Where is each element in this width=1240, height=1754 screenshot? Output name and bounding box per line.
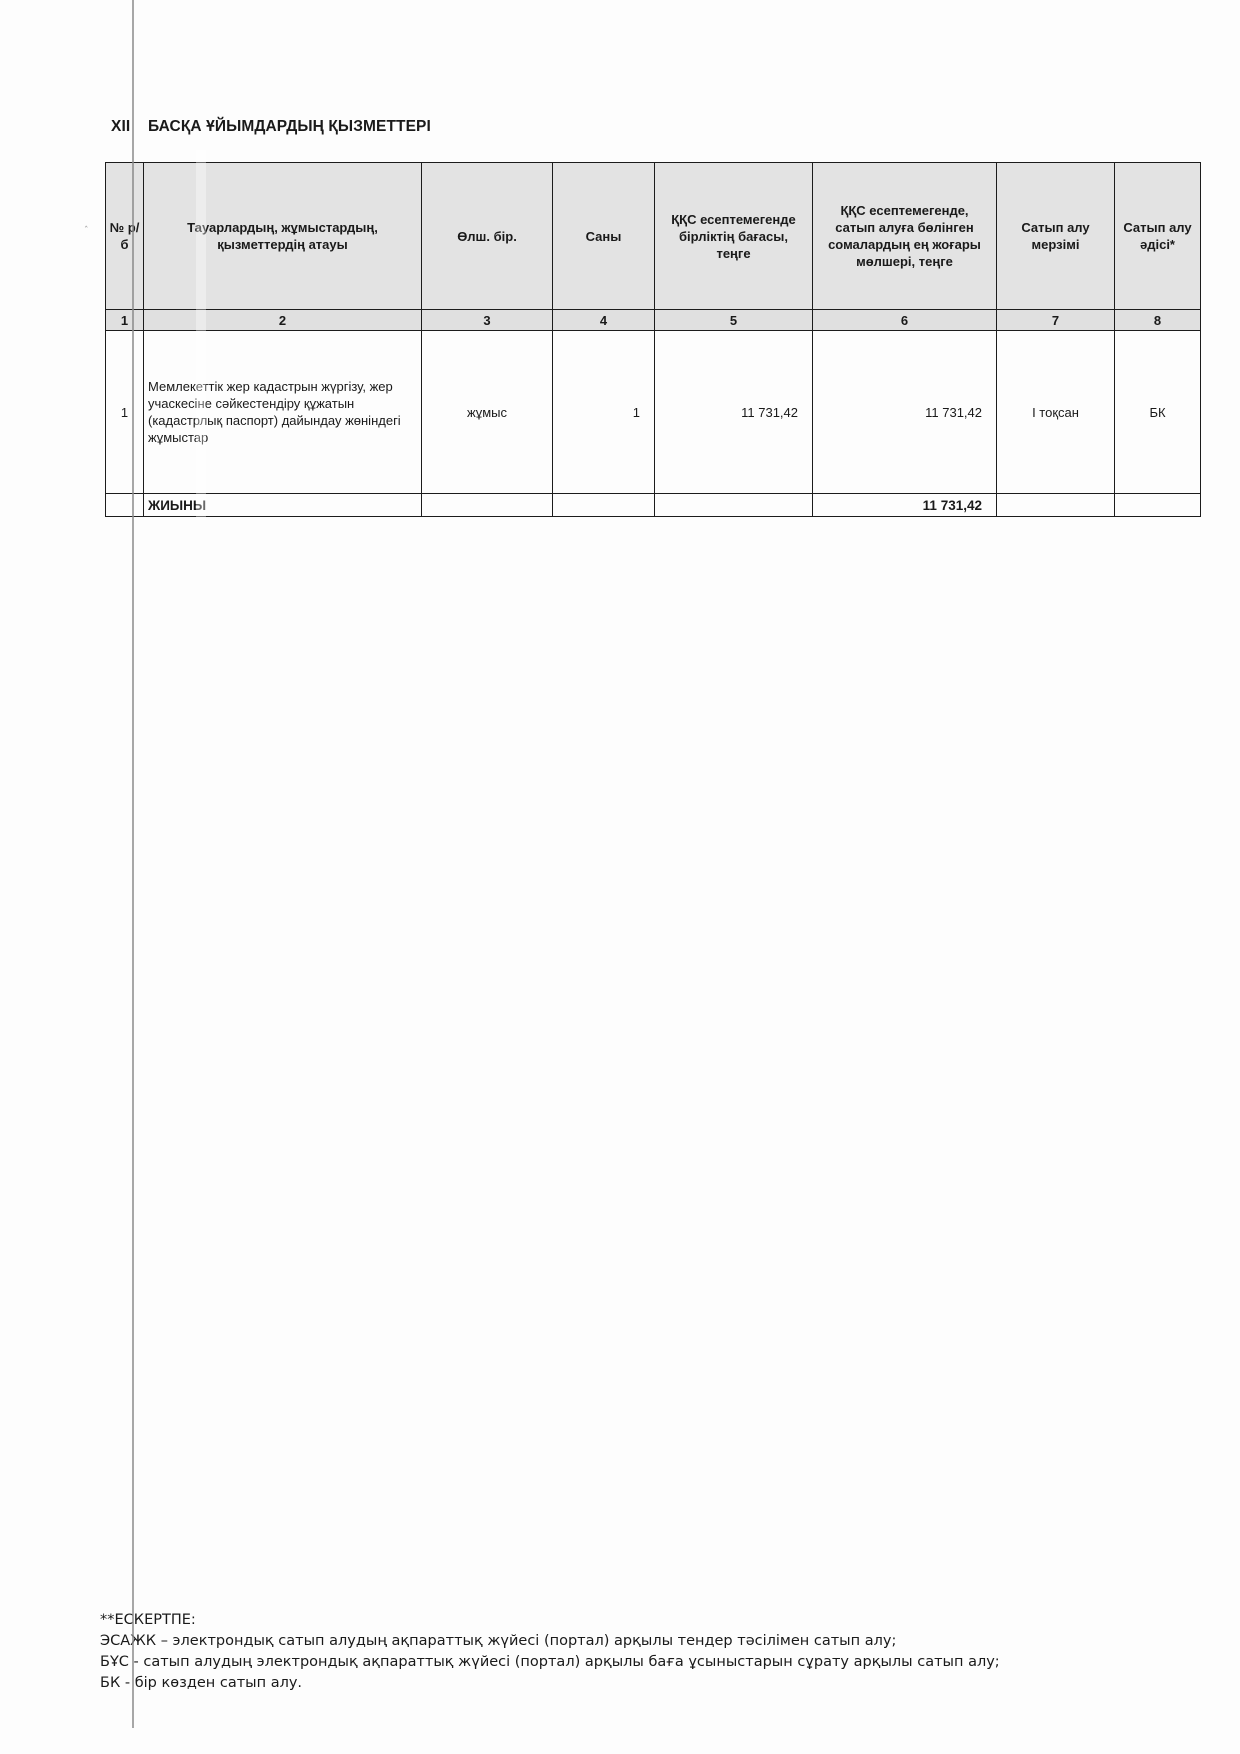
col-num-1: 1 xyxy=(106,310,144,331)
col-num-2: 2 xyxy=(144,310,422,331)
notes-heading: **ЕСКЕРТПЕ: xyxy=(100,1610,1000,1631)
header-unit: Өлш. бір. xyxy=(422,163,553,310)
row-unit: жұмыс xyxy=(422,331,553,494)
total-empty-7 xyxy=(997,494,1115,517)
note-line-esazhk: ЭСАЖК – электрондық сатып алудың ақпарат… xyxy=(100,1631,1000,1652)
table-row: 1 Мемлекеттік жер кадастрын жүргізу, жер… xyxy=(106,331,1201,494)
section-title: БАСҚА ҰЙЫМДАРДЫҢ ҚЫЗМЕТТЕРІ xyxy=(148,118,431,135)
note-line-bus: БҰС - сатып алудың электрондық ақпаратты… xyxy=(100,1652,1000,1673)
note-line-bk: БК - бір көзден сатып алу. xyxy=(100,1673,1000,1694)
column-number-row: 1 2 3 4 5 6 7 8 xyxy=(106,310,1201,331)
document-page: ˆ XIIБАСҚА ҰЙЫМДАРДЫҢ ҚЫЗМЕТТЕРІ № р/б Т… xyxy=(0,0,1240,1754)
total-row: ЖИЫНЫ 11 731,42 xyxy=(106,494,1201,517)
total-empty-1 xyxy=(106,494,144,517)
total-empty-8 xyxy=(1115,494,1201,517)
col-num-5: 5 xyxy=(655,310,813,331)
notes-block: **ЕСКЕРТПЕ: ЭСАЖК – электрондық сатып ал… xyxy=(100,1610,1000,1694)
header-row: № р/б Тауарлардың, жұмыстардың, қызметте… xyxy=(106,163,1201,310)
section-heading: XIIБАСҚА ҰЙЫМДАРДЫҢ ҚЫЗМЕТТЕРІ xyxy=(111,118,431,136)
header-no: № р/б xyxy=(106,163,144,310)
total-empty-4 xyxy=(553,494,655,517)
col-num-7: 7 xyxy=(997,310,1115,331)
col-num-6: 6 xyxy=(813,310,997,331)
row-no: 1 xyxy=(106,331,144,494)
header-max-amount: ҚҚС есептемегенде, сатып алуға бөлінген … xyxy=(813,163,997,310)
header-name: Тауарлардың, жұмыстардың, қызметтердің а… xyxy=(144,163,422,310)
total-max-amount: 11 731,42 xyxy=(813,494,997,517)
total-label: ЖИЫНЫ xyxy=(144,494,422,517)
col-num-3: 3 xyxy=(422,310,553,331)
scan-artifact: ˆ xyxy=(84,226,89,236)
header-method: Сатып алу әдісі* xyxy=(1115,163,1201,310)
row-unit-price: 11 731,42 xyxy=(655,331,813,494)
row-max-amount: 11 731,42 xyxy=(813,331,997,494)
section-number: XII xyxy=(111,118,148,136)
total-empty-3 xyxy=(422,494,553,517)
procurement-table: № р/б Тауарлардың, жұмыстардың, қызметте… xyxy=(105,162,1201,517)
col-num-4: 4 xyxy=(553,310,655,331)
row-quantity: 1 xyxy=(553,331,655,494)
header-unit-price: ҚҚС есептемегенде бірліктің бағасы, теңг… xyxy=(655,163,813,310)
row-name: Мемлекеттік жер кадастрын жүргізу, жер у… xyxy=(144,331,422,494)
row-method: БК xyxy=(1115,331,1201,494)
row-period: І тоқсан xyxy=(997,331,1115,494)
col-num-8: 8 xyxy=(1115,310,1201,331)
scan-streak xyxy=(196,150,206,520)
scan-line xyxy=(132,0,134,1728)
total-empty-5 xyxy=(655,494,813,517)
header-period: Сатып алу мерзімі xyxy=(997,163,1115,310)
header-quantity: Саны xyxy=(553,163,655,310)
